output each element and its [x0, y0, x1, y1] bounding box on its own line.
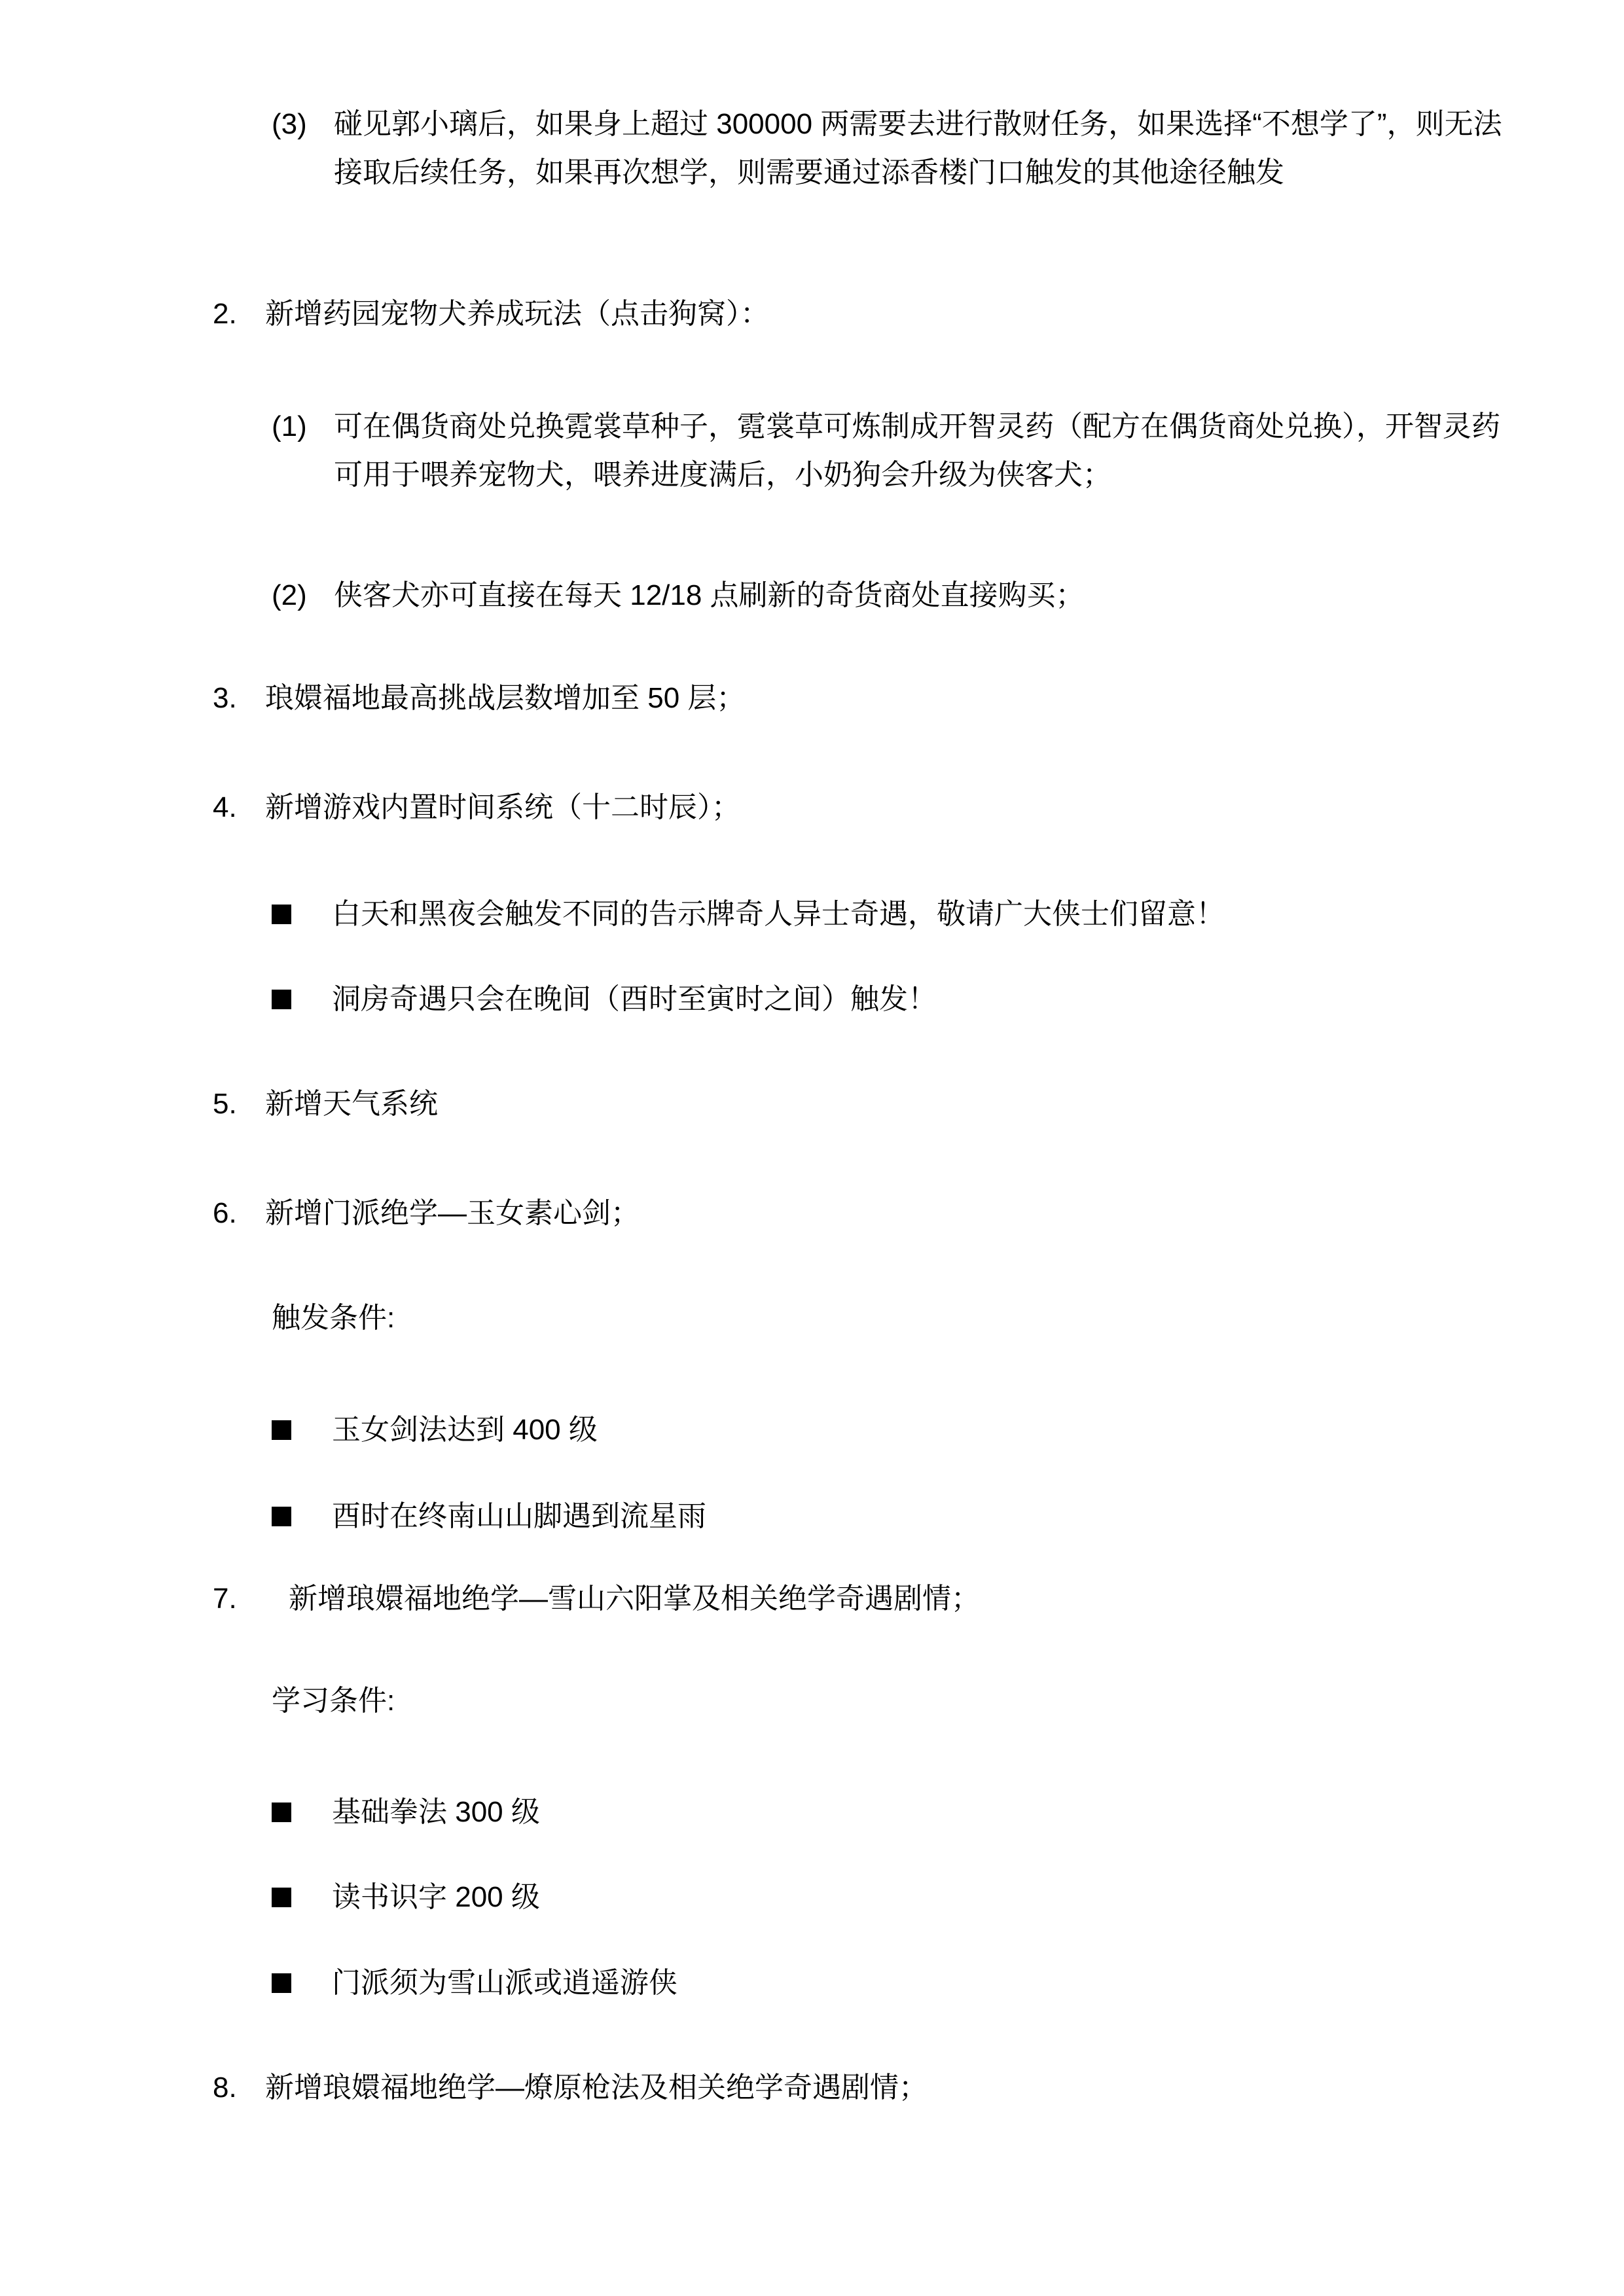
- list-item-8-text: 新增琅嬛福地绝学—燎原枪法及相关绝学奇遇剧情；: [265, 2064, 1519, 2112]
- list-item-6-number: 6.: [213, 1189, 265, 1238]
- bullet-day-night-text: 白天和黑夜会触发不同的告示牌奇人异士奇遇，敬请广大侠士们留意！: [332, 890, 1518, 939]
- list-item-3-text: 琅嬛福地最高挑战层数增加至 50 层；: [265, 674, 1519, 723]
- list-item-6-text: 新增门派绝学—玉女素心剑；: [265, 1189, 1519, 1238]
- square-bullet-icon: [272, 1973, 291, 1993]
- trigger-conditions-label: 触发条件:: [272, 1294, 1515, 1342]
- document-page: (3) 碰见郭小璃后，如果身上超过 300000 两需要去进行散财任务，如果选择…: [0, 0, 1624, 2296]
- list-item-6: 6. 新增门派绝学—玉女素心剑；: [213, 1189, 1519, 1238]
- sub-item-1: (1) 可在偶货商处兑换霓裳草种子，霓裳草可炼制成开智灵药（配方在偶货商处兑换）…: [272, 403, 1520, 499]
- list-item-8: 8. 新增琅嬛福地绝学—燎原枪法及相关绝学奇遇剧情；: [213, 2064, 1519, 2112]
- sub-item-3-text: 碰见郭小璃后，如果身上超过 300000 两需要去进行散财任务，如果选择“不想学…: [334, 100, 1520, 197]
- list-item-4: 4. 新增游戏内置时间系统（十二时辰）；: [213, 783, 1519, 832]
- list-item-4-text: 新增游戏内置时间系统（十二时辰）；: [265, 783, 1519, 832]
- square-bullet-icon: [272, 1420, 291, 1440]
- list-item-5: 5. 新增天气系统: [213, 1080, 1519, 1128]
- list-item-7-text: 新增琅嬛福地绝学—雪山六阳掌及相关绝学奇遇剧情；: [289, 1575, 1517, 1623]
- bullet-literacy-text: 读书识字 200 级: [332, 1873, 1518, 1922]
- square-bullet-icon: [272, 1507, 291, 1526]
- sub-item-1-label: (1): [272, 403, 334, 451]
- bullet-basic-fist: 基础拳法 300 级: [272, 1788, 1518, 1837]
- list-item-8-number: 8.: [213, 2064, 265, 2112]
- bullet-bridal-chamber: 洞房奇遇只会在晚间（酉时至寅时之间）触发！: [272, 975, 1518, 1024]
- list-item-3-number: 3.: [213, 674, 265, 723]
- bullet-bridal-chamber-text: 洞房奇遇只会在晚间（酉时至寅时之间）触发！: [332, 975, 1518, 1024]
- sub-item-3: (3) 碰见郭小璃后，如果身上超过 300000 两需要去进行散财任务，如果选择…: [272, 100, 1520, 197]
- learning-conditions-label: 学习条件:: [272, 1677, 1515, 1725]
- sub-item-1-text: 可在偶货商处兑换霓裳草种子，霓裳草可炼制成开智灵药（配方在偶货商处兑换），开智灵…: [334, 403, 1520, 499]
- trigger-conditions-text: 触发条件:: [272, 1294, 1515, 1342]
- list-item-3: 3. 琅嬛福地最高挑战层数增加至 50 层；: [213, 674, 1519, 723]
- sub-item-2-text: 侠客犬亦可直接在每天 12/18 点刷新的奇货商处直接购买；: [334, 571, 1520, 620]
- learning-conditions-text: 学习条件:: [272, 1677, 1515, 1725]
- bullet-meteor-shower-text: 酉时在终南山山脚遇到流星雨: [332, 1492, 1518, 1541]
- list-item-5-number: 5.: [213, 1080, 265, 1128]
- bullet-sect-requirement: 门派须为雪山派或逍遥游侠: [272, 1959, 1518, 2007]
- list-item-2-text: 新增药园宠物犬养成玩法（点击狗窝）：: [265, 290, 1519, 338]
- sub-item-3-label: (3): [272, 100, 334, 149]
- list-item-7: 7. 新增琅嬛福地绝学—雪山六阳掌及相关绝学奇遇剧情；: [213, 1575, 1517, 1623]
- square-bullet-icon: [272, 1803, 291, 1822]
- list-item-5-text: 新增天气系统: [265, 1080, 1519, 1128]
- list-item-4-number: 4.: [213, 783, 265, 832]
- bullet-meteor-shower: 酉时在终南山山脚遇到流星雨: [272, 1492, 1518, 1541]
- bullet-day-night: 白天和黑夜会触发不同的告示牌奇人异士奇遇，敬请广大侠士们留意！: [272, 890, 1518, 939]
- bullet-yunv-sword-level-text: 玉女剑法达到 400 级: [332, 1406, 1518, 1454]
- list-item-2-number: 2.: [213, 290, 265, 338]
- list-item-2: 2. 新增药园宠物犬养成玩法（点击狗窝）：: [213, 290, 1519, 338]
- square-bullet-icon: [272, 1888, 291, 1907]
- bullet-literacy: 读书识字 200 级: [272, 1873, 1518, 1922]
- bullet-basic-fist-text: 基础拳法 300 级: [332, 1788, 1518, 1837]
- bullet-yunv-sword-level: 玉女剑法达到 400 级: [272, 1406, 1518, 1454]
- sub-item-2: (2) 侠客犬亦可直接在每天 12/18 点刷新的奇货商处直接购买；: [272, 571, 1520, 620]
- sub-item-2-label: (2): [272, 571, 334, 620]
- square-bullet-icon: [272, 990, 291, 1009]
- square-bullet-icon: [272, 905, 291, 924]
- list-item-7-number: 7.: [213, 1575, 289, 1623]
- bullet-sect-requirement-text: 门派须为雪山派或逍遥游侠: [332, 1959, 1518, 2007]
